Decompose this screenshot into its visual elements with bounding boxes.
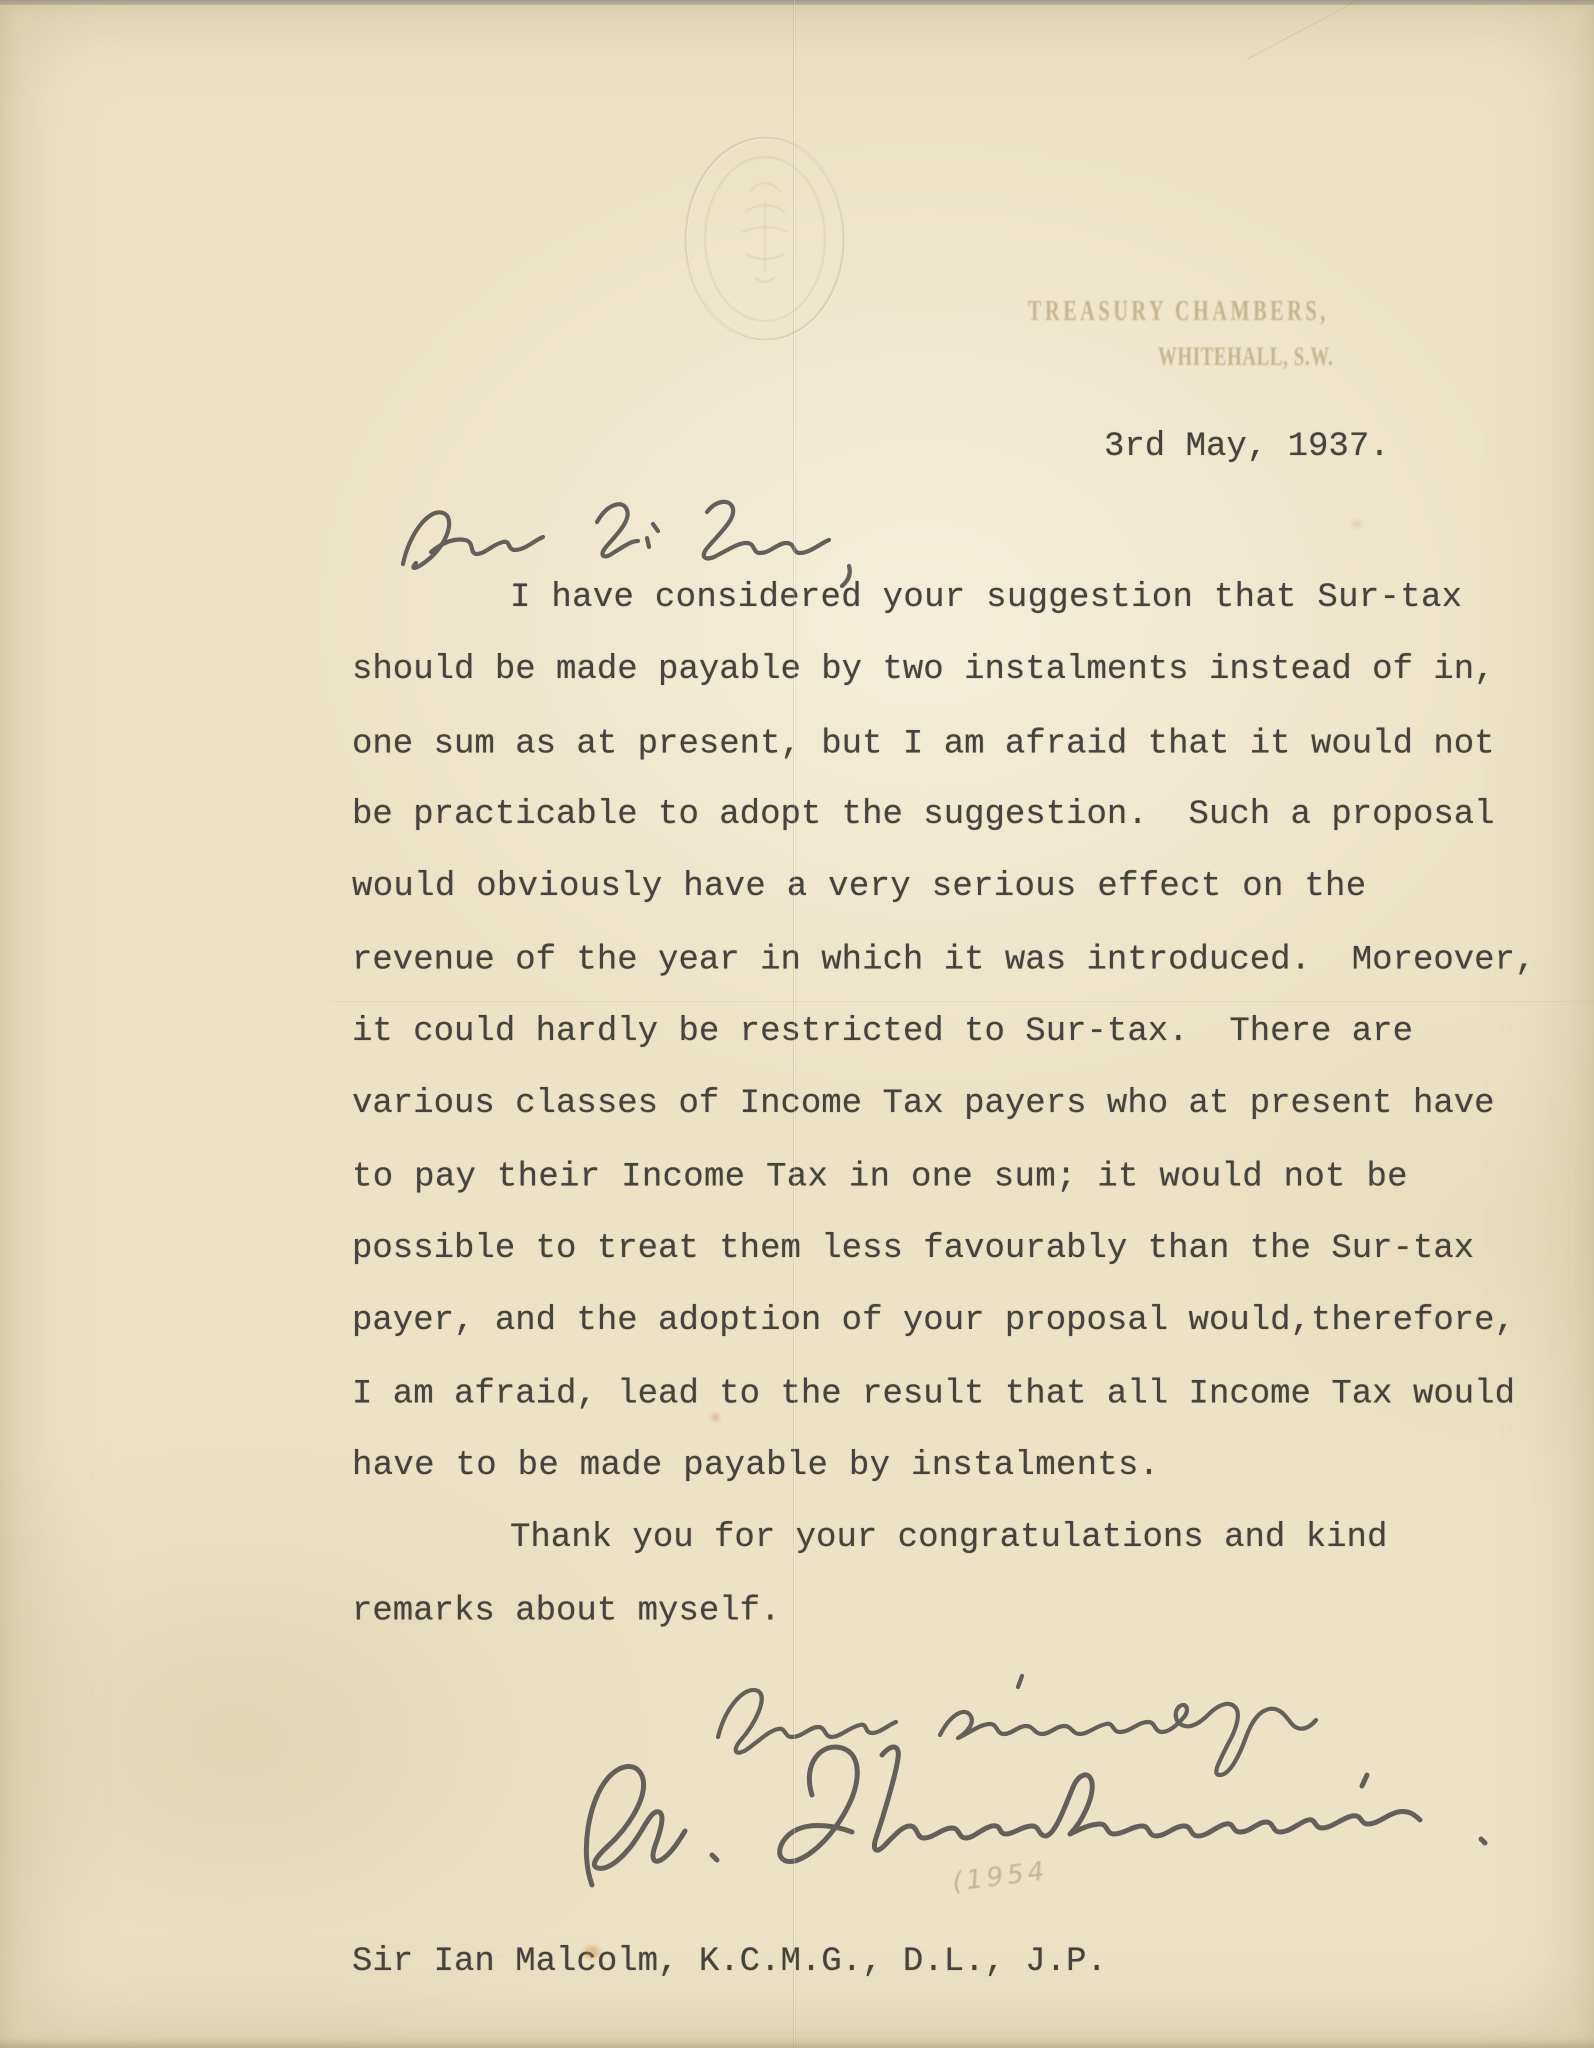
signature-handwriting — [560, 1733, 1492, 1921]
paper-stain — [712, 1414, 719, 1421]
body-line: to pay their Income Tax in one sum; it w… — [352, 1142, 1592, 1214]
body-line: would obviously have a very serious effe… — [352, 851, 1592, 923]
corner-crease — [1247, 0, 1362, 59]
body-line: be practicable to adopt the suggestion. … — [352, 779, 1592, 851]
body-line: it could hardly be restricted to Sur-tax… — [352, 996, 1592, 1068]
letterhead-line-2: WHITEHALL, S.W. — [1158, 342, 1334, 372]
paper-stain — [1352, 520, 1362, 528]
vertical-fold-crease — [793, 0, 796, 2048]
letterhead-line-1: TREASURY CHAMBERS, — [1028, 296, 1329, 328]
body-line: revenue of the year in which it was intr… — [352, 925, 1592, 997]
body-line: Thank you for your congratulations and k… — [352, 1502, 1592, 1574]
scanned-letter: TREASURY CHAMBERS, WHITEHALL, S.W. 3rd M… — [0, 0, 1594, 2048]
recipient-line: Sir Ian Malcolm, K.C.M.G., D.L., J.P. — [352, 1943, 1107, 1981]
body-line: payer, and the adoption of your proposal… — [352, 1285, 1592, 1357]
letter-body: I have considered your suggestion that S… — [352, 562, 1592, 1646]
body-line: one sum as at present, but I am afraid t… — [352, 708, 1592, 780]
body-line: remarks about myself. — [352, 1576, 1592, 1648]
date-line: 3rd May, 1937. — [1104, 428, 1390, 466]
horizontal-crease — [330, 1001, 1594, 1003]
body-line: I am afraid, lead to the result that all… — [352, 1359, 1592, 1431]
embossed-seal — [680, 132, 850, 347]
body-line: various classes of Income Tax payers who… — [352, 1068, 1592, 1140]
body-line: I have considered your suggestion that S… — [352, 562, 1592, 634]
body-line: have to be made payable by instalments. — [352, 1430, 1592, 1502]
paper-bottom-edge — [0, 2038, 1594, 2048]
body-line: possible to treat them less favourably t… — [352, 1213, 1592, 1285]
paper-stain — [584, 1946, 600, 1958]
body-line: should be made payable by two instalment… — [352, 634, 1592, 706]
